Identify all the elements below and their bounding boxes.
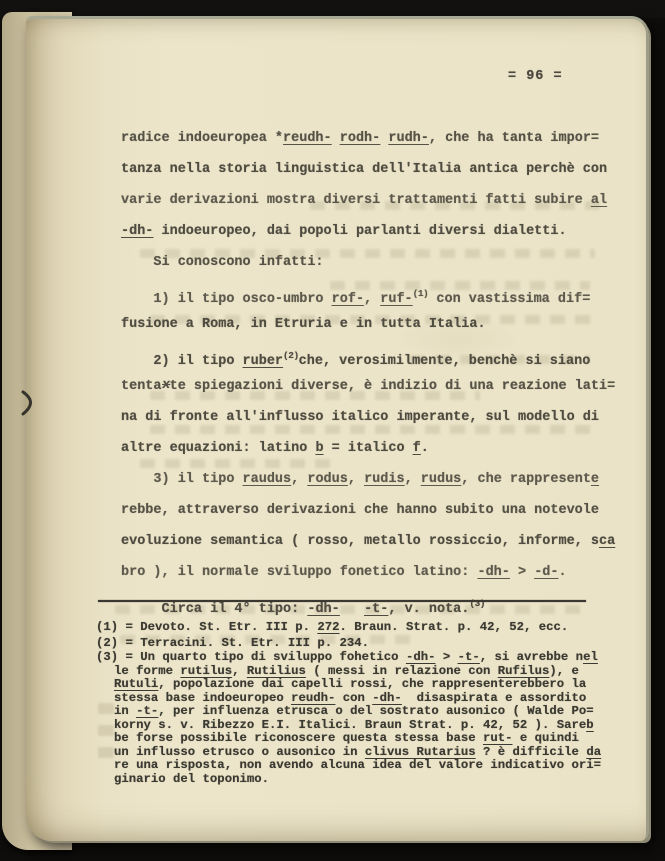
text-segment: Circa il 4° tipo:: [121, 602, 307, 617]
footnote-line: (2) = Terracini. St. Etr. III p. 234.: [96, 635, 611, 651]
footnote-line: be forse possibile riconoscere questa st…: [96, 732, 611, 746]
text-segment: .: [421, 441, 429, 456]
footnote-line: in -t-, per influenza etrusca o del sost…: [96, 705, 611, 719]
text-segment: tenta: [121, 379, 162, 394]
text-segment: .: [559, 565, 567, 580]
text-segment-u: e: [591, 472, 599, 487]
text-segment-u: -dh-: [372, 691, 402, 705]
body-text-line: varie derivazioni mostra diversi trattam…: [121, 185, 626, 216]
text-segment-u: rof-: [332, 292, 364, 307]
text-segment: altre equazioni: latino: [121, 441, 315, 456]
text-segment-u: b: [315, 441, 323, 456]
text-segment-u: clivus Rutarius: [365, 745, 476, 759]
text-segment: ,: [232, 664, 247, 678]
text-segment: le forme: [114, 664, 180, 678]
text-segment-u: rut-: [483, 731, 513, 745]
text-segment: radice indoeuropea *: [121, 131, 283, 146]
body-text-line: bro ), il normale sviluppo fonetico lati…: [121, 557, 626, 588]
text-segment: disaspirata e assordito: [402, 691, 586, 705]
text-segment-u: rudh-: [388, 131, 429, 146]
body-text-line: 1) il tipo osco-umbro rof-, ruf-(1) con …: [121, 278, 626, 309]
text-segment: ,: [348, 472, 364, 487]
text-segment: ,: [291, 472, 307, 487]
text-segment: korny s. v. Ribezzo E.I. Italici. Braun …: [114, 718, 586, 732]
text-segment: ( messi in relazione con: [306, 664, 498, 678]
body-text-line: tanza nella storia linguistica dell'Ital…: [121, 154, 626, 185]
body-text-line: Circa il 4° tipo: -dh- -t-, v. nota.(3): [121, 588, 626, 619]
text-segment-u: Rufilus: [498, 664, 550, 678]
page-number: = 96 =: [508, 69, 563, 84]
text-segment-u: -dh-: [307, 602, 339, 617]
text-segment-sup: (1): [413, 288, 429, 299]
text-segment: na di fronte all'influsso italico impera…: [121, 410, 599, 425]
text-segment-u: -dh-: [477, 565, 509, 580]
text-segment: re una risposta, non avendo alcuna idea …: [114, 758, 601, 772]
body-text-line: rebbe, attraverso derivazioni che hanno …: [121, 495, 626, 526]
text-segment-strike: x: [159, 370, 171, 401]
text-segment-u: el: [583, 650, 598, 664]
footnote-separator-rule: [98, 600, 586, 602]
text-segment: >: [435, 650, 457, 664]
text-segment: evoluzione semantica ( rosso, metallo ro…: [121, 534, 599, 549]
text-segment-u: -dh-: [406, 650, 436, 664]
text-segment-u: reudh-: [291, 691, 335, 705]
text-segment-u: Rutuli: [114, 677, 158, 691]
text-segment: un influsso etrusco o ausonico in: [114, 745, 365, 759]
text-segment: , che rappresent: [461, 472, 591, 487]
text-segment: (3) = Un quarto tipo di sviluppo fohetic…: [96, 650, 406, 664]
text-segment: ginario del toponimo.: [114, 772, 269, 786]
footnote-line: (1) = Devoto. St. Etr. III p. 272. Braun…: [96, 619, 611, 635]
text-segment-u: reudh-: [283, 131, 332, 146]
body-text-line: evoluzione semantica ( rosso, metallo ro…: [121, 526, 626, 557]
text-segment: 1) il tipo osco-umbro: [121, 292, 332, 307]
text-segment: 3) il tipo: [121, 472, 243, 487]
text-segment: [332, 131, 340, 146]
text-segment-u: rodus: [307, 472, 348, 487]
body-text-line: altre equazioni: latino b = italico f.: [121, 433, 626, 464]
text-segment-u: rudus: [421, 472, 462, 487]
text-segment: [340, 602, 364, 617]
text-segment-u: -dh-: [121, 224, 153, 239]
text-segment-u: -t-: [136, 704, 158, 718]
document-page: = 96 = radice indoeuropea *reudh- rodh- …: [26, 16, 649, 841]
text-segment-u: -d-: [534, 565, 558, 580]
text-segment: 2) il tipo: [121, 354, 243, 369]
text-segment: con vastissima dif=: [428, 292, 590, 307]
footnote-line: Rutuli, popolazione dai capelli rossi, c…: [96, 678, 611, 692]
text-segment-u: f: [413, 441, 421, 456]
body-text-line: tentaxte spiegazioni diverse, è indizio …: [121, 371, 626, 402]
text-segment: , si avrebbe n: [480, 650, 583, 664]
text-segment: ,: [405, 472, 421, 487]
text-segment: Si conoscono infatti:: [121, 255, 324, 270]
text-segment-u: ca: [599, 534, 615, 549]
body-text-line: -dh- indoeuropeo, dai popoli parlanti di…: [121, 216, 626, 247]
text-segment: e quindi: [513, 731, 579, 745]
footnotes: (1) = Devoto. St. Etr. III p. 272. Braun…: [96, 619, 611, 786]
text-segment: , v. nota.: [388, 602, 469, 617]
text-segment-u: da: [586, 745, 601, 759]
text-segment: >: [510, 565, 534, 580]
text-segment: , per influenza etrusca o del sostrato a…: [158, 704, 593, 718]
text-segment-u: rutilus: [180, 664, 232, 678]
text-segment-u: Rutilius: [247, 664, 306, 678]
text-segment: rebbe, attraverso derivazioni che hanno …: [121, 503, 599, 518]
text-segment: be forse possibile riconoscere questa st…: [114, 731, 483, 745]
text-segment: ,: [364, 292, 380, 307]
footnote-line: (3) = Un quarto tipo di sviluppo fohetic…: [96, 651, 611, 665]
text-segment: ), e: [549, 664, 579, 678]
footnote-line: ginario del toponimo.: [96, 773, 611, 787]
text-segment-u: rudis: [364, 472, 405, 487]
text-segment: varie derivazioni mostra diversi trattam…: [121, 193, 591, 208]
text-segment-u: -t-: [364, 602, 388, 617]
text-segment: ? è difficile: [476, 745, 587, 759]
text-segment: in: [114, 704, 136, 718]
text-segment: tanza nella storia linguistica dell'Ital…: [121, 162, 607, 177]
text-segment-u: -t-: [458, 650, 480, 664]
text-segment: che, verosimilmente, benchè si siano: [299, 354, 591, 369]
text-segment: bro ), il normale sviluppo fonetico lati…: [121, 565, 477, 580]
text-segment: con: [335, 691, 372, 705]
footnote-line: un influsso etrusco o ausonico in clivus…: [96, 746, 611, 760]
text-segment: indoeuropeo, dai popoli parlanti diversi…: [153, 224, 566, 239]
text-segment-u: 272: [317, 620, 339, 634]
text-segment: stessa base indoeuropeo: [114, 691, 291, 705]
text-segment-sup: (2): [283, 350, 299, 361]
text-segment: (1) = Devoto. St. Etr. III p.: [96, 620, 317, 634]
text-segment-u: rodh-: [340, 131, 381, 146]
text-segment: fusione a Roma, in Etruria e in tutta It…: [121, 317, 486, 332]
text-segment: , che ha tanta impor=: [429, 131, 599, 146]
text-segment: , popolazione dai capelli rossi, che rap…: [158, 677, 586, 691]
text-segment-u: raudus: [243, 472, 292, 487]
text-segment-u: b: [586, 718, 593, 732]
scanned-page-photo: = 96 = radice indoeuropea *reudh- rodh- …: [0, 0, 665, 861]
footnote-line: stessa base indoeuropeo reudh- con -dh- …: [96, 692, 611, 706]
text-segment: = italico: [324, 441, 413, 456]
text-segment: . Braun. Strat. p. 42, 52, ecc.: [340, 620, 569, 634]
body-text-line: 2) il tipo ruber(2)che, verosimilmente, …: [121, 340, 626, 371]
body-text-line: fusione a Roma, in Etruria e in tutta It…: [121, 309, 626, 340]
footnote-line: korny s. v. Ribezzo E.I. Italici. Braun …: [96, 719, 611, 733]
footnote-line: re una risposta, non avendo alcuna idea …: [96, 759, 611, 773]
body-text-line: na di fronte all'influsso italico impera…: [121, 402, 626, 433]
text-segment-u: ruf-: [380, 292, 412, 307]
body-text-line: Si conoscono infatti:: [121, 247, 626, 278]
footnote-line: le forme rutilus, Rutilius ( messi in re…: [96, 665, 611, 679]
text-segment: te spiegazioni diverse, è indizio di una…: [170, 379, 616, 394]
text-segment: (2) = Terracini. St. Etr. III p. 234.: [96, 636, 369, 650]
body-text-line: 3) il tipo raudus, rodus, rudis, rudus, …: [121, 464, 626, 495]
binding-hook-mark: [20, 389, 36, 417]
text-segment-u: ruber: [243, 354, 284, 369]
body-text: radice indoeuropea *reudh- rodh- rudh-, …: [121, 123, 626, 619]
body-text-line: radice indoeuropea *reudh- rodh- rudh-, …: [121, 123, 626, 154]
text-segment-u: al: [591, 193, 607, 208]
